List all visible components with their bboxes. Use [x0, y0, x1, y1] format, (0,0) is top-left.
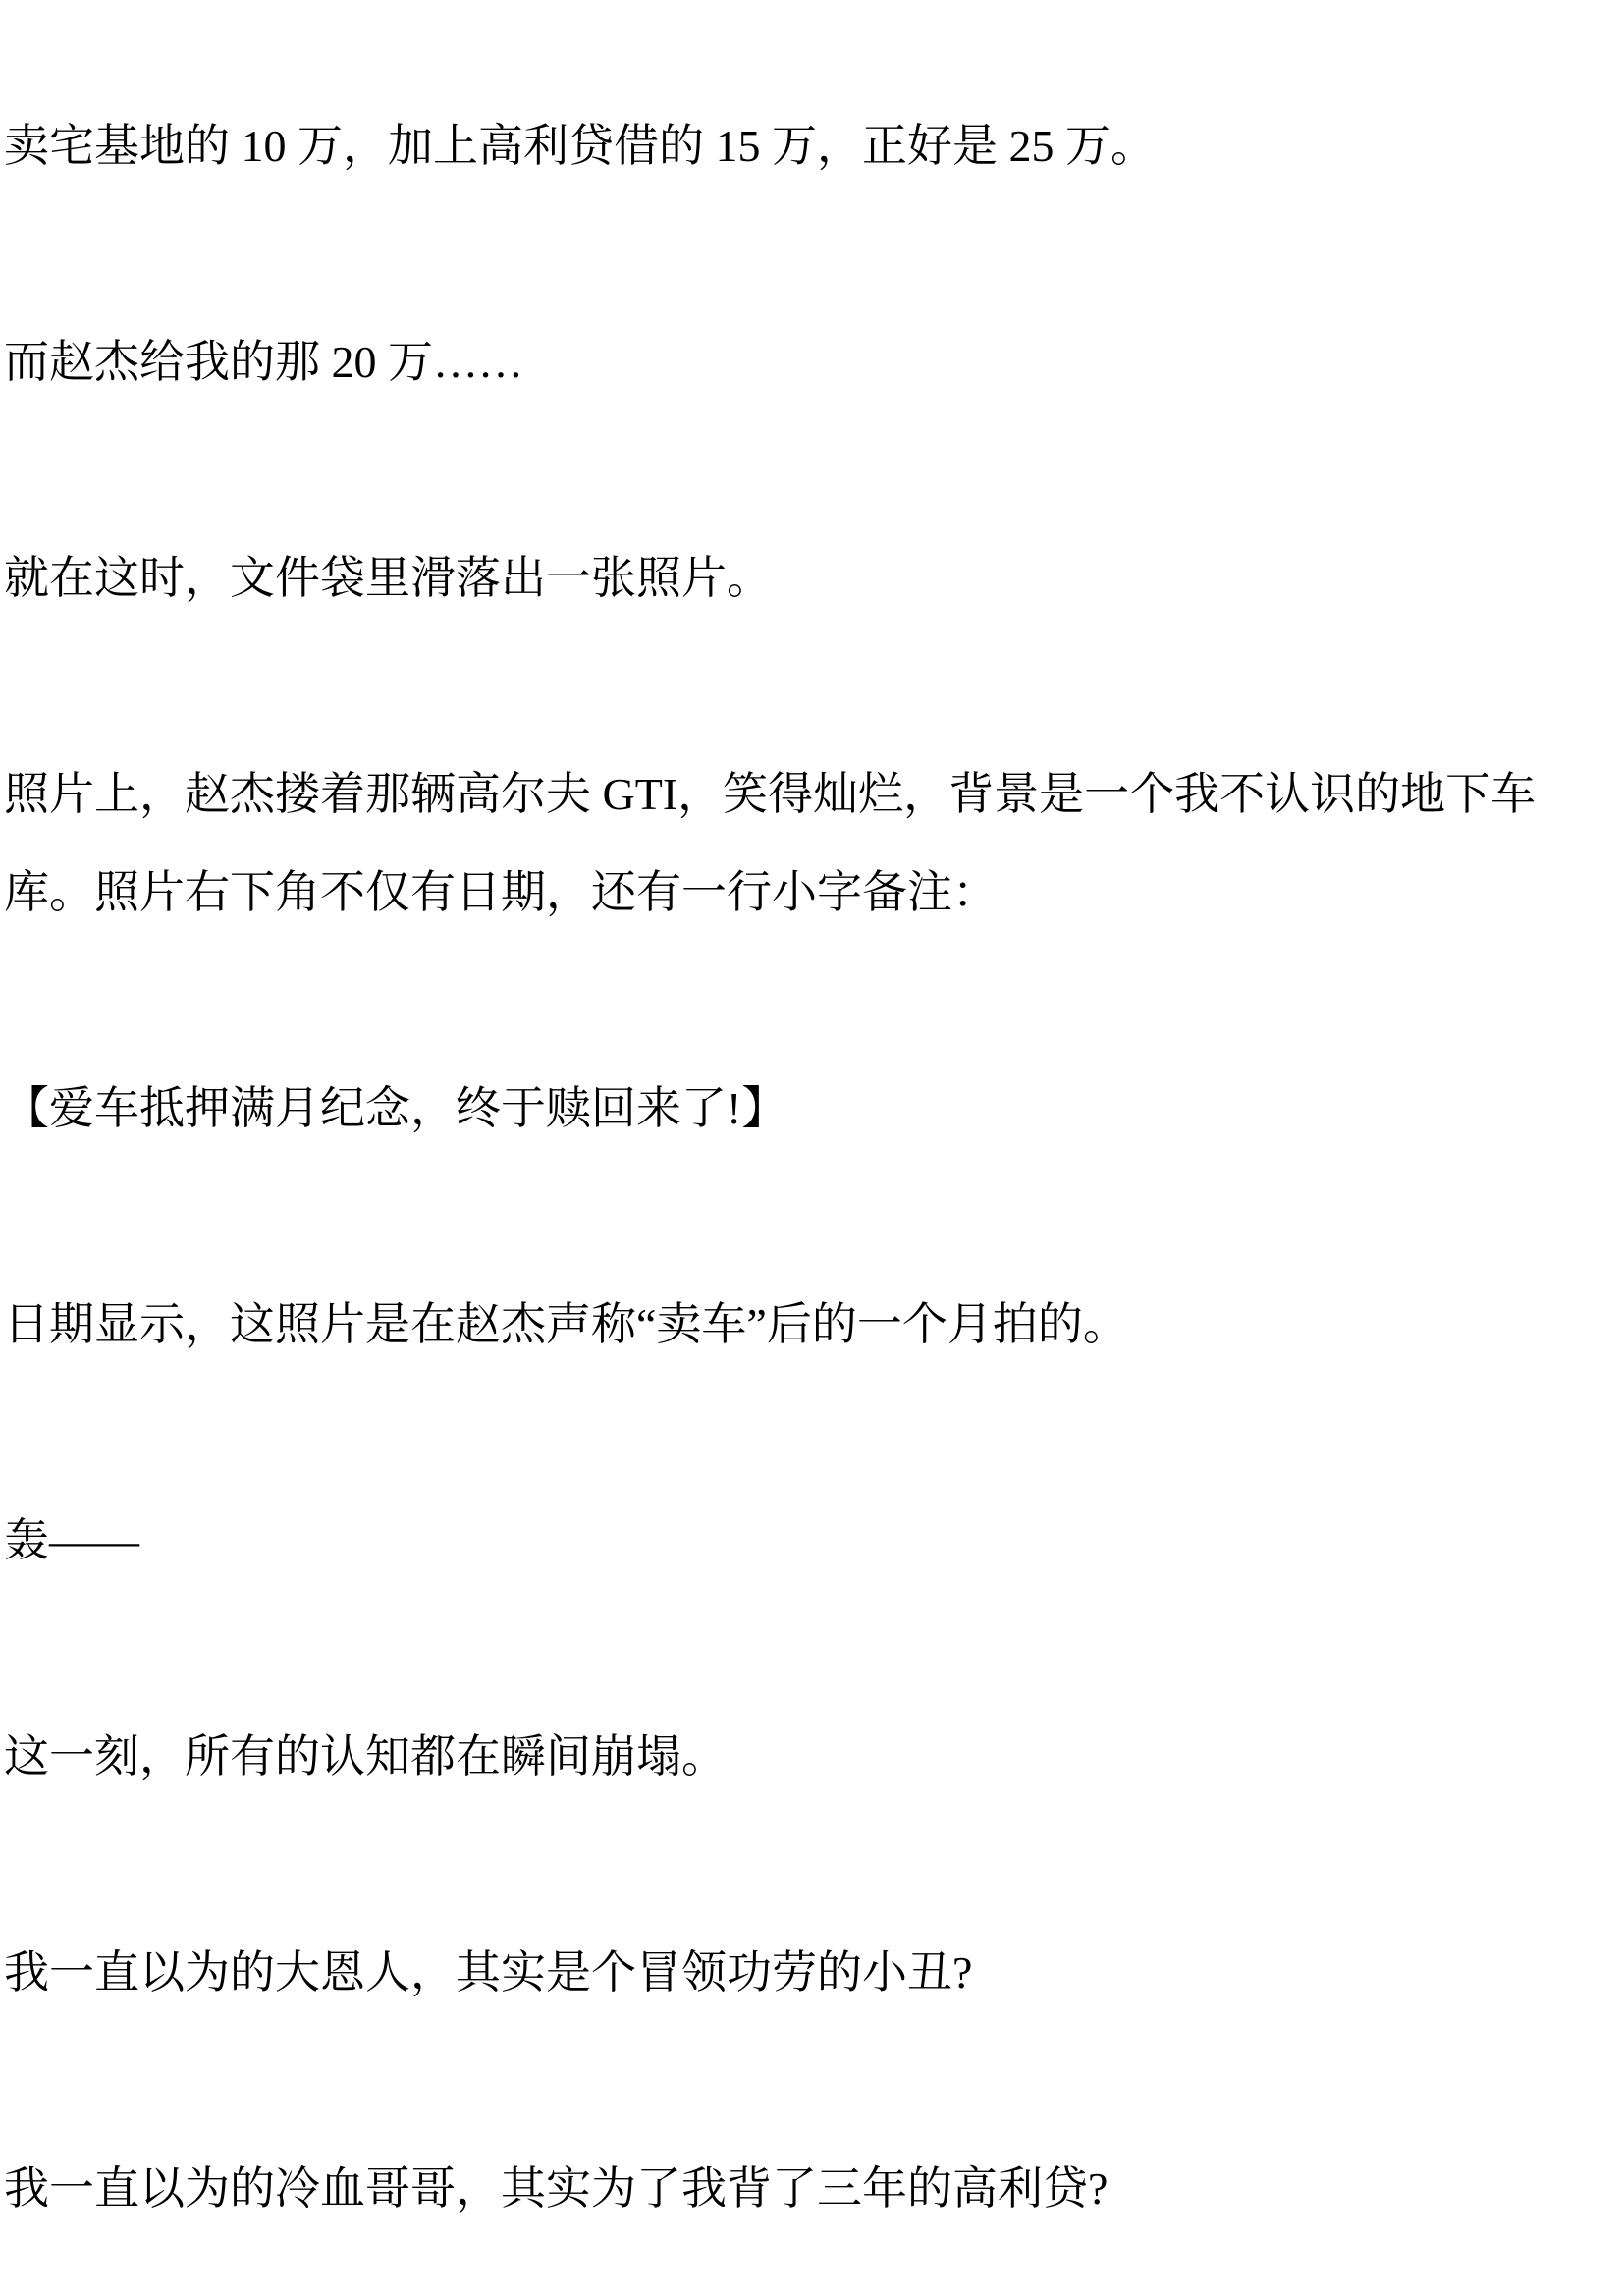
- paragraph: 我一直以为的冷血哥哥，其实为了我背了三年的高利贷?: [4, 2140, 1615, 2238]
- paragraph: 照片上，赵杰搂着那辆高尔夫 GTI，笑得灿烂，背景是一个我不认识的地下车库。照片…: [4, 745, 1615, 942]
- paragraph: 而赵杰给我的那 20 万……: [4, 313, 1615, 411]
- paragraph-list: 卖宅基地的 10 万，加上高利贷借的 15 万，正好是 25 万。而赵杰给我的那…: [4, 97, 1615, 2238]
- paragraph: 卖宅基地的 10 万，加上高利贷借的 15 万，正好是 25 万。: [4, 97, 1615, 195]
- paragraph: 【爱车抵押满月纪念，终于赎回来了!】: [4, 1060, 1615, 1158]
- paragraph: 日期显示，这照片是在赵杰声称“卖车”后的一个月拍的。: [4, 1276, 1615, 1374]
- paragraph: 我一直以为的大恩人，其实是个冒领功劳的小丑?: [4, 1924, 1615, 2022]
- paragraph: 就在这时，文件袋里滑落出一张照片。: [4, 529, 1615, 628]
- paragraph: 这一刻，所有的认知都在瞬间崩塌。: [4, 1708, 1615, 1806]
- paragraph: 轰——: [4, 1492, 1615, 1590]
- document-page: 卖宅基地的 10 万，加上高利贷借的 15 万，正好是 25 万。而赵杰给我的那…: [0, 0, 1623, 2296]
